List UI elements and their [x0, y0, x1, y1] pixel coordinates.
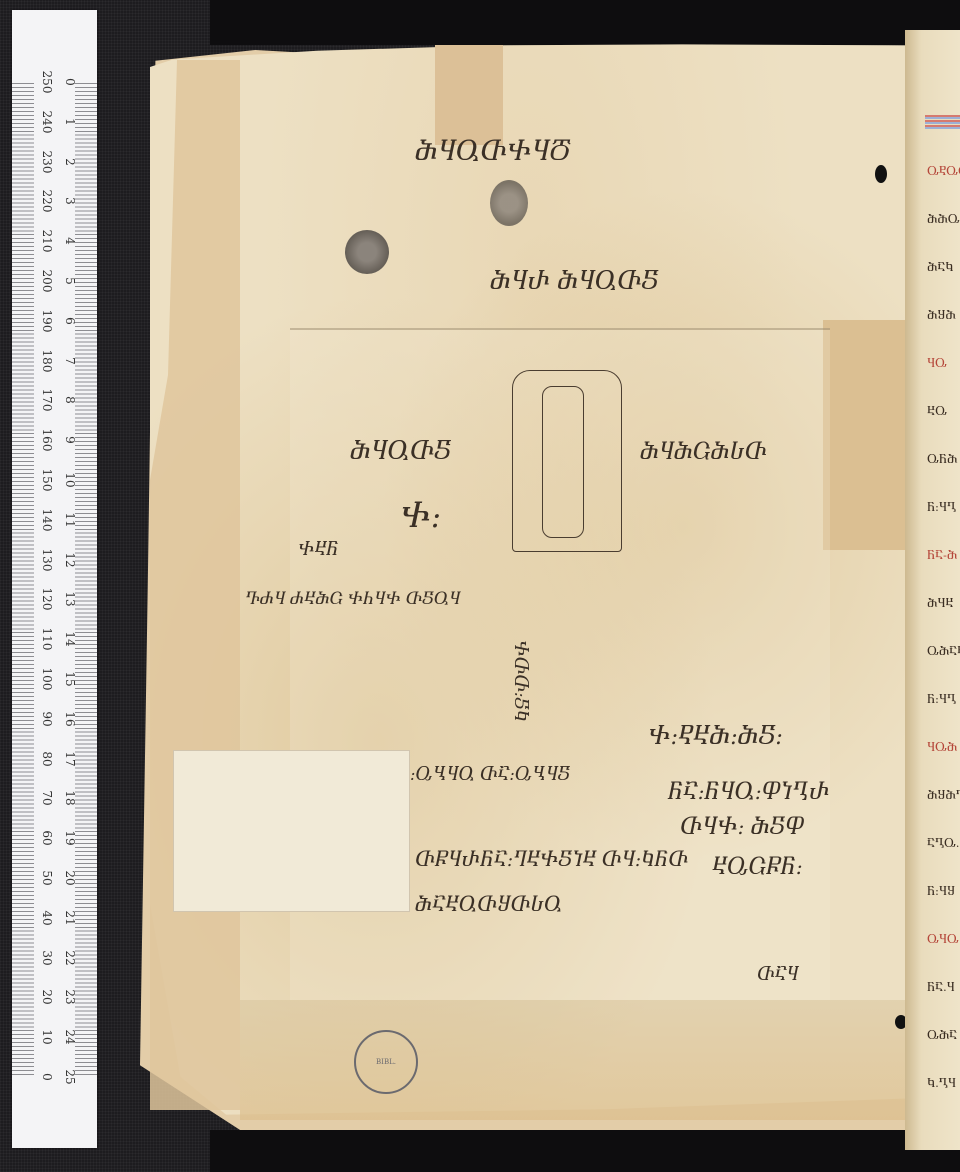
- ruler-mm-label: 190: [40, 308, 54, 334]
- ruler-mm-label: 110: [40, 626, 54, 652]
- ruler-mm-label: 170: [40, 387, 54, 413]
- inscription: :ႭႡႷႳ ႧႠ:ႭႡႷႽ: [410, 765, 570, 784]
- inscription: ႵႾႬ: [298, 540, 338, 559]
- decorative-stripe: [925, 115, 960, 129]
- ruler-mm-ticks: [12, 83, 34, 1078]
- repair-patch-right: [823, 320, 913, 550]
- facing-page-line: ႫႫႭ: [927, 213, 960, 226]
- ruler-cm-label: 11: [63, 510, 77, 530]
- ruler-mm-label: 0: [40, 1064, 54, 1090]
- scale-ruler: 0123456789101112131415161718192021222324…: [12, 10, 97, 1148]
- facing-page-line: ႷႭ: [927, 357, 947, 370]
- facing-page-line: ႬႠ-Ⴋ: [927, 549, 957, 562]
- facing-page-line: ႫႠႩ: [927, 261, 954, 274]
- facing-page-line: ႫႸႫႢ: [927, 789, 960, 802]
- facing-page-line: ႷႭႫ: [927, 741, 957, 754]
- ruler-mm-label: 200: [40, 268, 54, 294]
- inscription: ႧႼႷႰႬႠ:ႤႾႵႽႨႾ ႧႷ:ႩႬႧ: [415, 850, 688, 871]
- facing-page-line: Ⴌ:ႷႢ: [927, 693, 956, 706]
- ruler-cm-label: 13: [63, 589, 77, 609]
- ruler-cm-label: 21: [63, 908, 77, 928]
- facing-page-line: Ⴌ:ႷႢ: [927, 501, 956, 514]
- ruler-mm-label: 120: [40, 586, 54, 612]
- ruler-mm-label: 80: [40, 746, 54, 772]
- inscription: ႫႠႾႳႧႸႧႱႳ: [415, 895, 562, 916]
- ruler-mm-label: 140: [40, 507, 54, 533]
- facing-page-line: ႾႭ: [927, 405, 947, 418]
- ruler-cm-label: 20: [63, 868, 77, 888]
- ruler-cm-label: 10: [63, 470, 77, 490]
- wax-seal-imprint: [345, 230, 389, 274]
- inscription-vertical: ႵႧႧ:ႽႩ: [511, 640, 530, 722]
- repair-patch-top: [435, 45, 503, 145]
- ruler-mm-label: 50: [40, 865, 54, 891]
- inscription: ႫႷႳႧႽ: [350, 440, 451, 465]
- facing-page-line: ႠႢႭ.Ⴋ: [927, 837, 960, 850]
- ruler-cm-label: 17: [63, 749, 77, 769]
- repair-band-bottom: [240, 1000, 910, 1120]
- colophon-line: ႾႭႺႼႬ:: [712, 855, 803, 879]
- colophon-line: Ⴕ:ႲႾႫ:ႫႽ:: [648, 725, 783, 750]
- inscription: ႫႷႫႺႫႱႧ: [640, 440, 767, 464]
- ruler-mm-label: 250: [40, 69, 54, 95]
- facing-page-line: ႭႫႠ: [927, 1029, 957, 1042]
- wax-seal-imprint: [490, 180, 528, 226]
- ruler-mm-label: 40: [40, 905, 54, 931]
- dark-backdrop-bottom: [210, 1130, 960, 1172]
- ruler-mm-label: 220: [40, 188, 54, 214]
- ruler-cm-label: 5: [63, 271, 77, 291]
- facing-page-line: ႬႠ.Ⴗ: [927, 981, 955, 994]
- ruler-mm-label: 230: [40, 149, 54, 175]
- ruler-mm-label: 130: [40, 547, 54, 573]
- ruler-cm-label: 23: [63, 987, 77, 1007]
- ruler-mm-label: 150: [40, 467, 54, 493]
- ruler-mm-label: 60: [40, 825, 54, 851]
- ruler-cm-label: 12: [63, 550, 77, 570]
- ruler-mm-label: 10: [40, 1024, 54, 1050]
- ruler-cm-label: 3: [63, 191, 77, 211]
- ruler-cm-label: 8: [63, 390, 77, 410]
- stamp-text: BIBL.: [376, 1058, 396, 1066]
- facing-page-line: ႭႫႠႾ: [927, 645, 960, 658]
- facing-page-line: ႭႷႭ: [927, 933, 959, 946]
- ruler-cm-label: 16: [63, 709, 77, 729]
- facing-page-line: ႭႲႭႧ: [927, 165, 960, 178]
- ruler-cm-label: 9: [63, 430, 77, 450]
- ruler-mm-label: 180: [40, 348, 54, 374]
- ruler-cm-label: 14: [63, 629, 77, 649]
- ruler-cm-label: 4: [63, 231, 77, 251]
- ruler-cm-label: 0: [63, 72, 77, 92]
- facing-page-line: Ⴉ.ႢႷ: [927, 1077, 956, 1090]
- ruler-mm-label: 70: [40, 785, 54, 811]
- library-stamp: BIBL.: [354, 1030, 418, 1094]
- colophon-line: ႬႠ:ႬႷႳ:ႴႨႢႰ: [668, 780, 830, 804]
- facing-page-line: ႭႬႫ: [927, 453, 957, 466]
- ruler-mm-label: 30: [40, 945, 54, 971]
- inscription: ႫႷႰ ႫႷႳႧႽ: [490, 270, 658, 295]
- ruler-cm-label: 25: [63, 1067, 77, 1087]
- ruler-cm-label: 7: [63, 351, 77, 371]
- facing-page-line: Ⴌ:ႷႸ: [927, 885, 955, 898]
- ruler-cm-label: 22: [63, 948, 77, 968]
- ink-blot: [875, 165, 887, 183]
- ruler-mm-label: 160: [40, 427, 54, 453]
- facing-page-edge: ႭႲႭႧႫႫႭႫႠႩႫႸႫႷႭႾႭႭႬႫႬ:ႷႢႬႠ-ႫႫႷႾႭႫႠႾႬ:ႷႢႷ…: [905, 30, 960, 1150]
- ruler-cm-label: 6: [63, 311, 77, 331]
- inscription: ႫႷႳႧႵႷႣ: [415, 138, 570, 166]
- ruler-mm-label: 90: [40, 706, 54, 732]
- ruler-cm-label: 1: [63, 112, 77, 132]
- ruler-cm-label: 19: [63, 828, 77, 848]
- colophon-line: ႧႷႵ: ႫႽႴ: [680, 815, 804, 839]
- ruler-mm-label: 210: [40, 228, 54, 254]
- inscription-monogram: Ⴕ:: [400, 500, 441, 535]
- inscription: ႧႠႷ: [757, 965, 798, 984]
- ruler-cm-ticks: [75, 83, 97, 1078]
- inscription: ႥႻႷ ႻႾႫႺ ႵႹႷႵ ႧႽႳႷ: [245, 590, 460, 608]
- ruler-mm-label: 20: [40, 984, 54, 1010]
- pasted-paper-label: [173, 750, 410, 912]
- dark-backdrop-top: [210, 0, 960, 45]
- ruler-mm-label: 240: [40, 109, 54, 135]
- figure-sketch-inner: [542, 386, 584, 538]
- ruler-cm-label: 2: [63, 152, 77, 172]
- ruler-cm-label: 24: [63, 1027, 77, 1047]
- ruler-cm-label: 18: [63, 788, 77, 808]
- facing-page-line: ႫႸႫ: [927, 309, 956, 322]
- facing-page-line: ႫႷႾ: [927, 597, 954, 610]
- ruler-mm-label: 100: [40, 666, 54, 692]
- ruler-cm-label: 15: [63, 669, 77, 689]
